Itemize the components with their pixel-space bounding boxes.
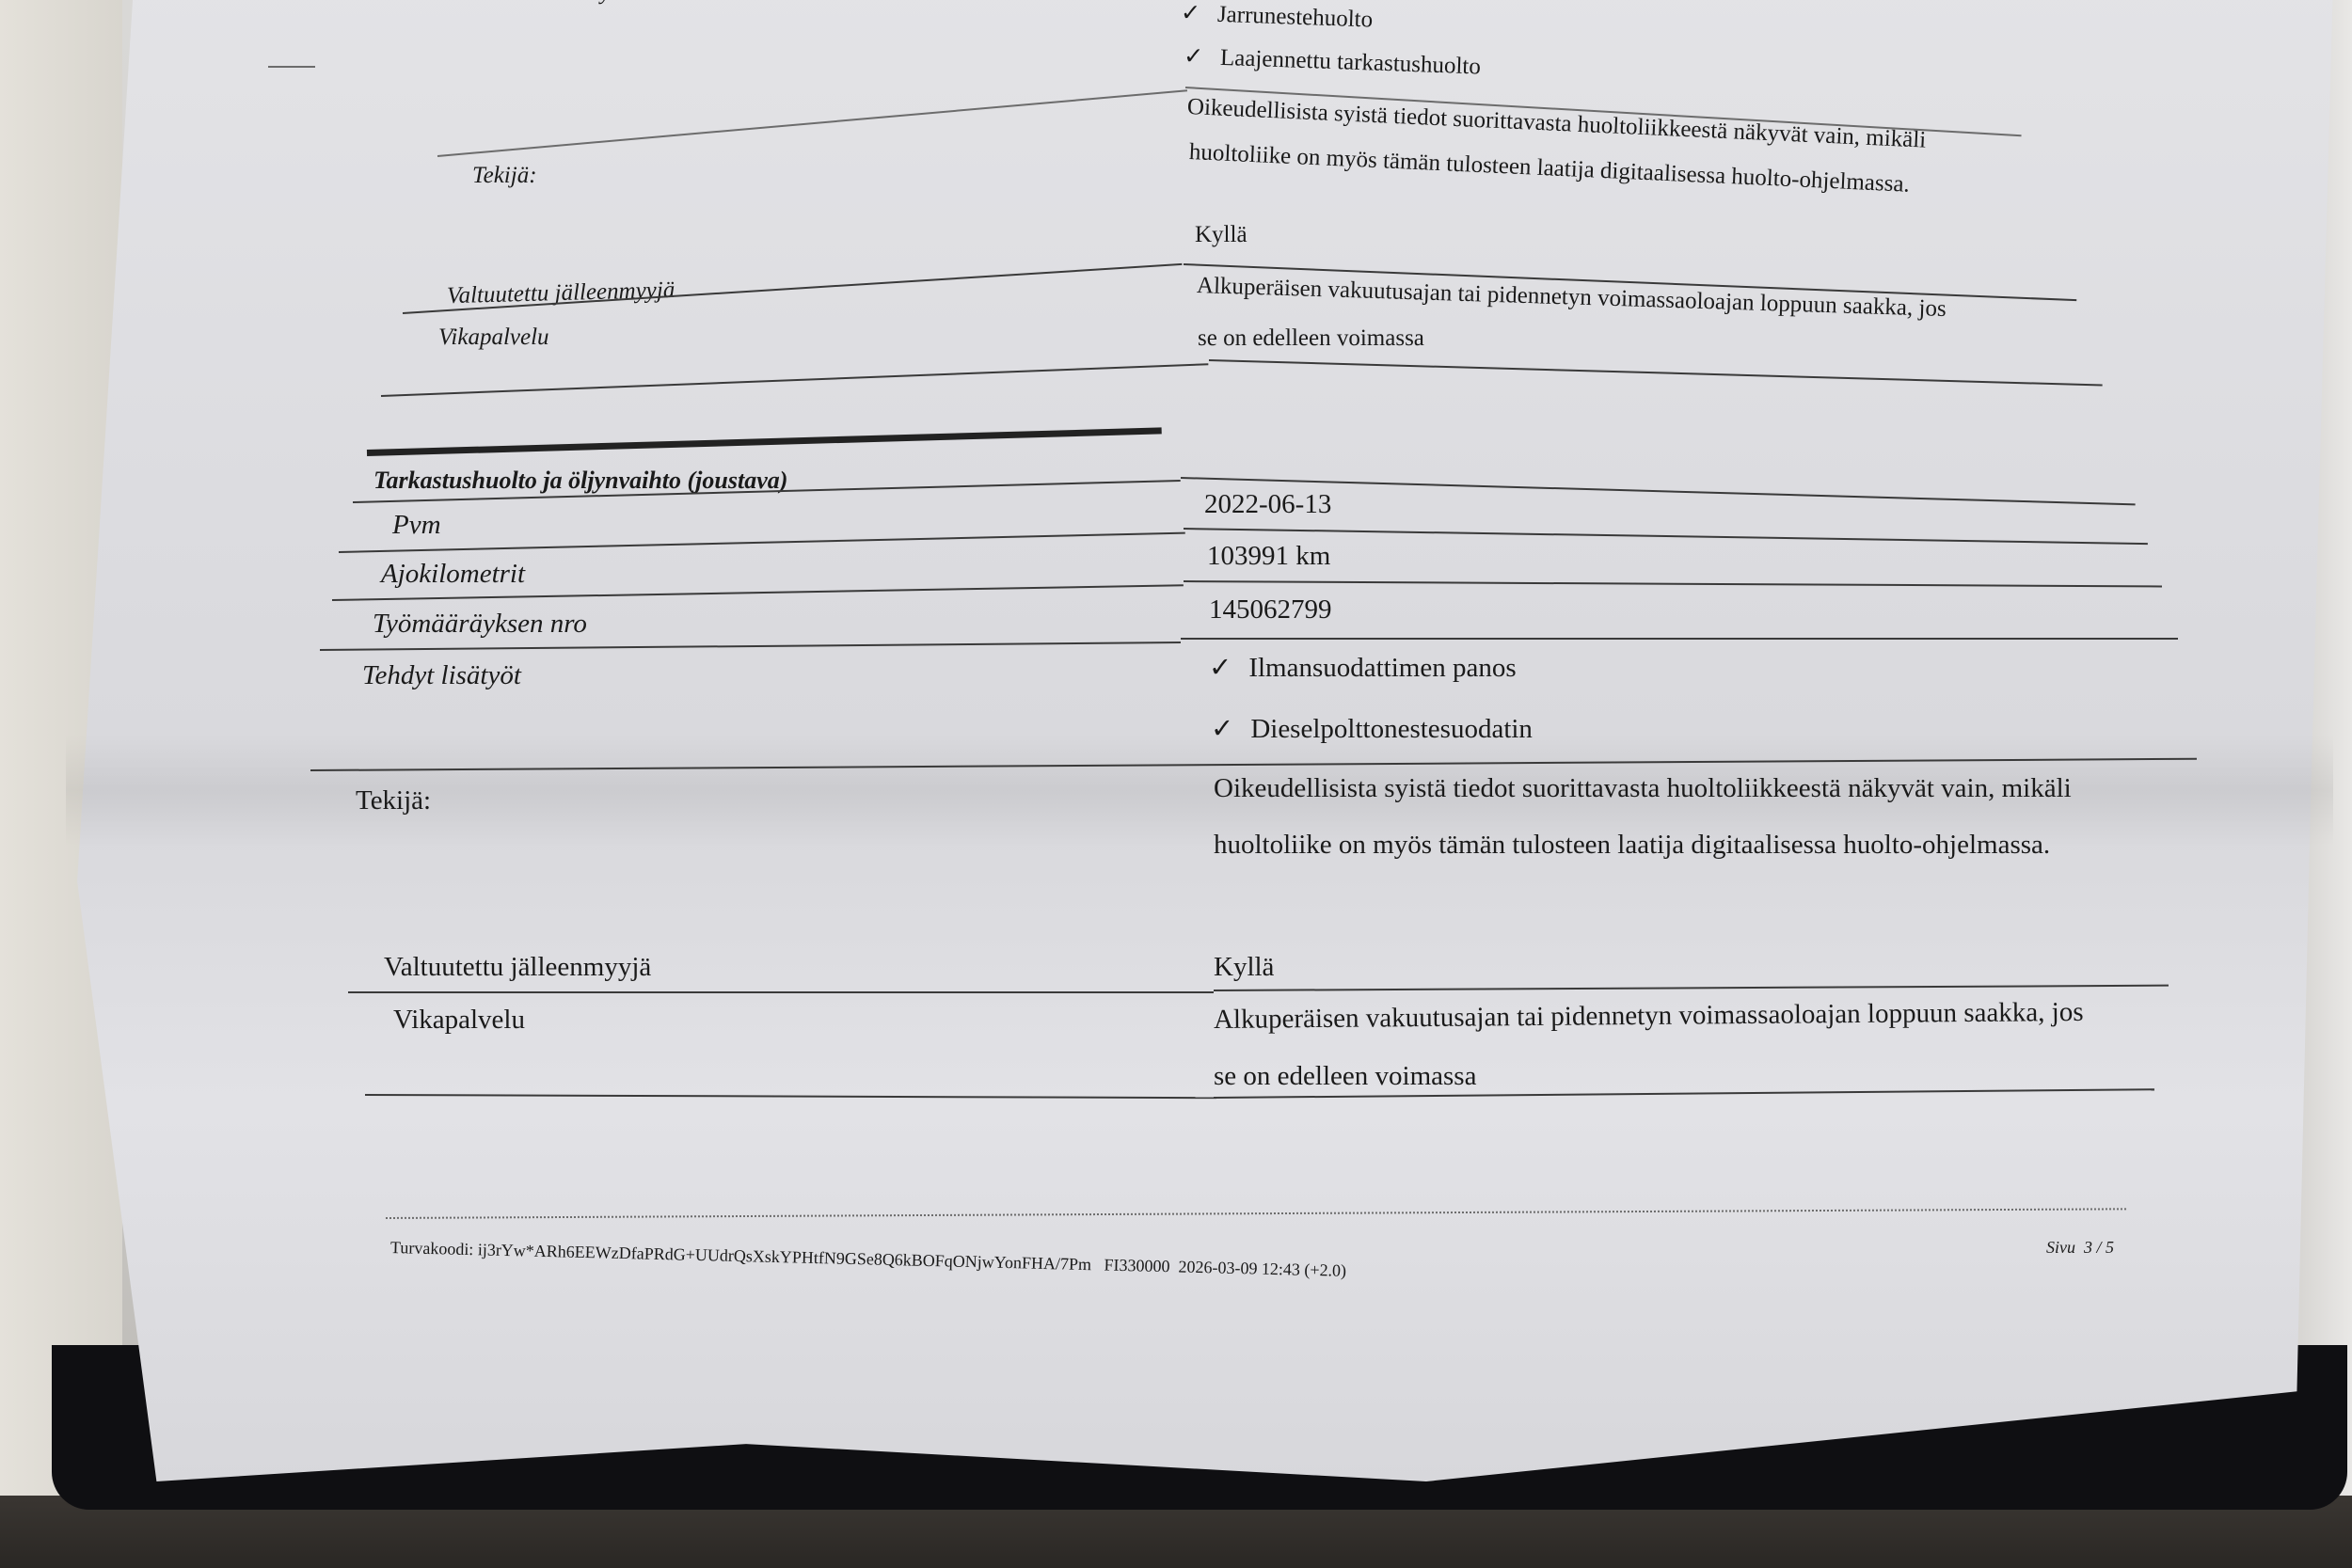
page-total: 5: [2106, 1238, 2114, 1257]
divider: [381, 363, 1208, 397]
extra-work-item: ✓Ilmansuodattimen panos: [1209, 651, 1517, 684]
divider: [365, 1094, 1216, 1099]
divider: [339, 532, 1185, 553]
partial-label: lisätyöt: [560, 0, 629, 7]
authorized-dealer-value: Kyllä: [1195, 222, 1248, 248]
performer-label: Tekijä:: [472, 163, 537, 189]
divider: [320, 641, 1181, 651]
service-history-page: lisätyöt ✓Jarrunestehuolto ✓Laajennettu …: [0, 0, 2352, 1568]
check-icon: ✓: [1181, 0, 1201, 26]
date-value: 2022-06-13: [1204, 489, 1331, 520]
extra-work-item: ✓Dieselpolttonestesuodatin: [1211, 712, 1533, 745]
security-code-line: Turvakoodi: ij3rYw*ARh6EEWzDfaPRdG+UUdrQ…: [390, 1238, 1347, 1281]
date-label: Pvm: [392, 510, 441, 541]
performer-label: Tekijä:: [356, 785, 431, 816]
divider: [1214, 985, 2169, 991]
authorized-dealer-value: Kyllä: [1214, 952, 1274, 983]
work-order-label: Työmääräyksen nro: [373, 609, 587, 640]
footer-divider: [386, 1208, 2126, 1219]
check-item: ✓Laajennettu tarkastushuolto: [1184, 41, 1482, 80]
breakdown-service-label: Vikapalvelu: [438, 325, 549, 351]
page-number: Sivu 3 / 5: [2046, 1238, 2114, 1258]
divider: [348, 991, 1214, 993]
service-title: Tarkastushuolto ja öljynvaihto (joustava…: [373, 467, 787, 495]
divider: [310, 758, 2197, 771]
printed-at: 2026-03-09 12:43 (+2.0): [1178, 1257, 1346, 1279]
check-icon: ✓: [1211, 712, 1233, 744]
work-order-value: 145062799: [1209, 594, 1332, 626]
check-icon: ✓: [1209, 651, 1232, 683]
divider: [437, 89, 1187, 157]
section-separator: [367, 427, 1162, 456]
dealer-code: FI330000: [1104, 1256, 1169, 1276]
authorized-dealer-label: Valtuutettu jälleenmyyjä: [447, 277, 675, 309]
breakdown-service-value-line: Alkuperäisen vakuutusajan tai pidennetyn…: [1214, 997, 2084, 1036]
mileage-value: 103991 km: [1207, 541, 1330, 572]
performer-note-line: huoltoliike on myös tämän tulosteen laat…: [1214, 830, 2050, 861]
security-code-label: Turvakoodi:: [390, 1238, 474, 1259]
divider: [1181, 638, 2178, 640]
check-icon: ✓: [1184, 41, 1204, 70]
mileage-label: Ajokilometrit: [381, 559, 525, 590]
breakdown-service-label: Vikapalvelu: [393, 1005, 525, 1036]
divider: [1209, 359, 2103, 387]
page-current: 3: [2084, 1238, 2092, 1257]
divider: [268, 66, 315, 68]
security-code: ij3rYw*ARh6EEWzDfaPRdG+UUdrQsXskYPHtfN9G…: [478, 1240, 1092, 1274]
extra-work-label: Tehdyt lisätyöt: [362, 660, 521, 691]
performer-note-line: Oikeudellisista syistä tiedot suorittava…: [1214, 773, 2072, 804]
breakdown-service-value-line: se on edelleen voimassa: [1214, 1061, 1476, 1092]
check-item: ✓Jarrunestehuolto: [1181, 0, 1374, 34]
divider: [1184, 580, 2162, 587]
authorized-dealer-label: Valtuutettu jälleenmyyjä: [384, 952, 651, 983]
breakdown-service-value-line: se on edelleen voimassa: [1198, 325, 1424, 352]
